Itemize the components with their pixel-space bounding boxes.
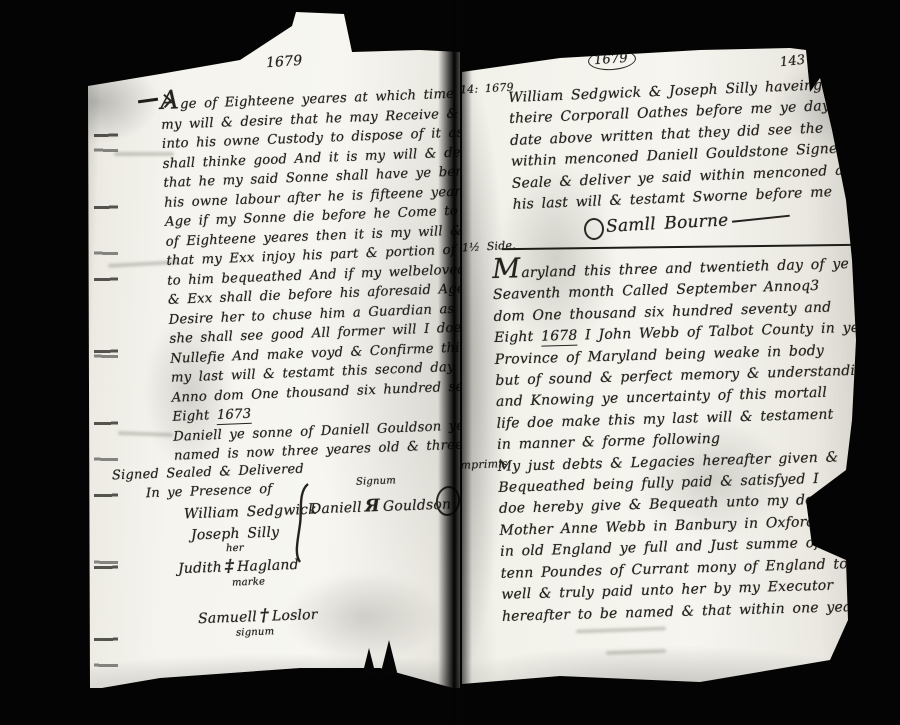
signum-label: Signum: [356, 475, 396, 487]
her-label: her: [226, 543, 244, 555]
underlined-year: 1678: [541, 328, 578, 347]
marke-label: marke: [232, 576, 266, 588]
clerk-signature-name: Samll Bourne: [606, 210, 729, 236]
dated-line-pre: Eight: [172, 408, 217, 425]
folio-number-right: 143: [779, 53, 806, 71]
underlined-year: 1673: [217, 407, 252, 425]
testator-mark: Я: [361, 496, 383, 517]
witness4-mark: †: [257, 606, 273, 627]
year-heading-right: 1679: [588, 50, 636, 70]
bleed-through-mark: [606, 649, 666, 655]
signature-paraph: [584, 218, 604, 240]
witness3-mark: ‡: [222, 556, 238, 577]
attestation-text: William Sedgwick & Joseph Silly haveing …: [508, 73, 875, 216]
left-page: 832 1679 Age of Eighteene yeares at whic…: [84, 12, 460, 688]
attestation-presence: In ye Presence of: [146, 482, 273, 501]
signature-flourish: [732, 215, 790, 223]
right-page: 143 1679 14: 1679 William Sedgwick & Jos…: [456, 38, 864, 690]
witness-mark-signature: Judith‡Hagland: [178, 554, 299, 578]
margin-tick-marks: [94, 100, 118, 672]
clerk-signature: Samll Bourne: [606, 207, 791, 237]
witness-signature: Joseph Silly: [191, 524, 280, 543]
bleed-through-mark: [576, 626, 666, 633]
witness4-first-name: Samuell: [198, 609, 257, 627]
witness3-first-name: Judith: [178, 560, 222, 578]
dated-line-pre: Eight: [494, 329, 541, 346]
book-gutter-shadow: [438, 0, 472, 725]
year-heading-left: 1679: [265, 53, 302, 72]
attestation-opening: Signed Sealed & Delivered: [112, 462, 304, 484]
testator-first-name: Daniell: [310, 500, 362, 518]
witness4-last-name: Loslor: [272, 607, 318, 625]
folio-number-left: 832: [99, 53, 130, 74]
testator-signature: DaniellЯGouldson: [310, 494, 452, 519]
witness3-last-name: Hagland: [237, 557, 299, 575]
will-text: Maryland this three and twentieth day of…: [492, 249, 880, 627]
signum-small-label: signum: [236, 626, 275, 638]
witness-mark-signature: Samuell†Loslor: [198, 604, 318, 628]
circled-year: 1679: [587, 48, 636, 71]
manuscript-scan: 832 1679 Age of Eighteene yeares at whic…: [0, 0, 900, 725]
brace-flourish: [290, 482, 314, 564]
